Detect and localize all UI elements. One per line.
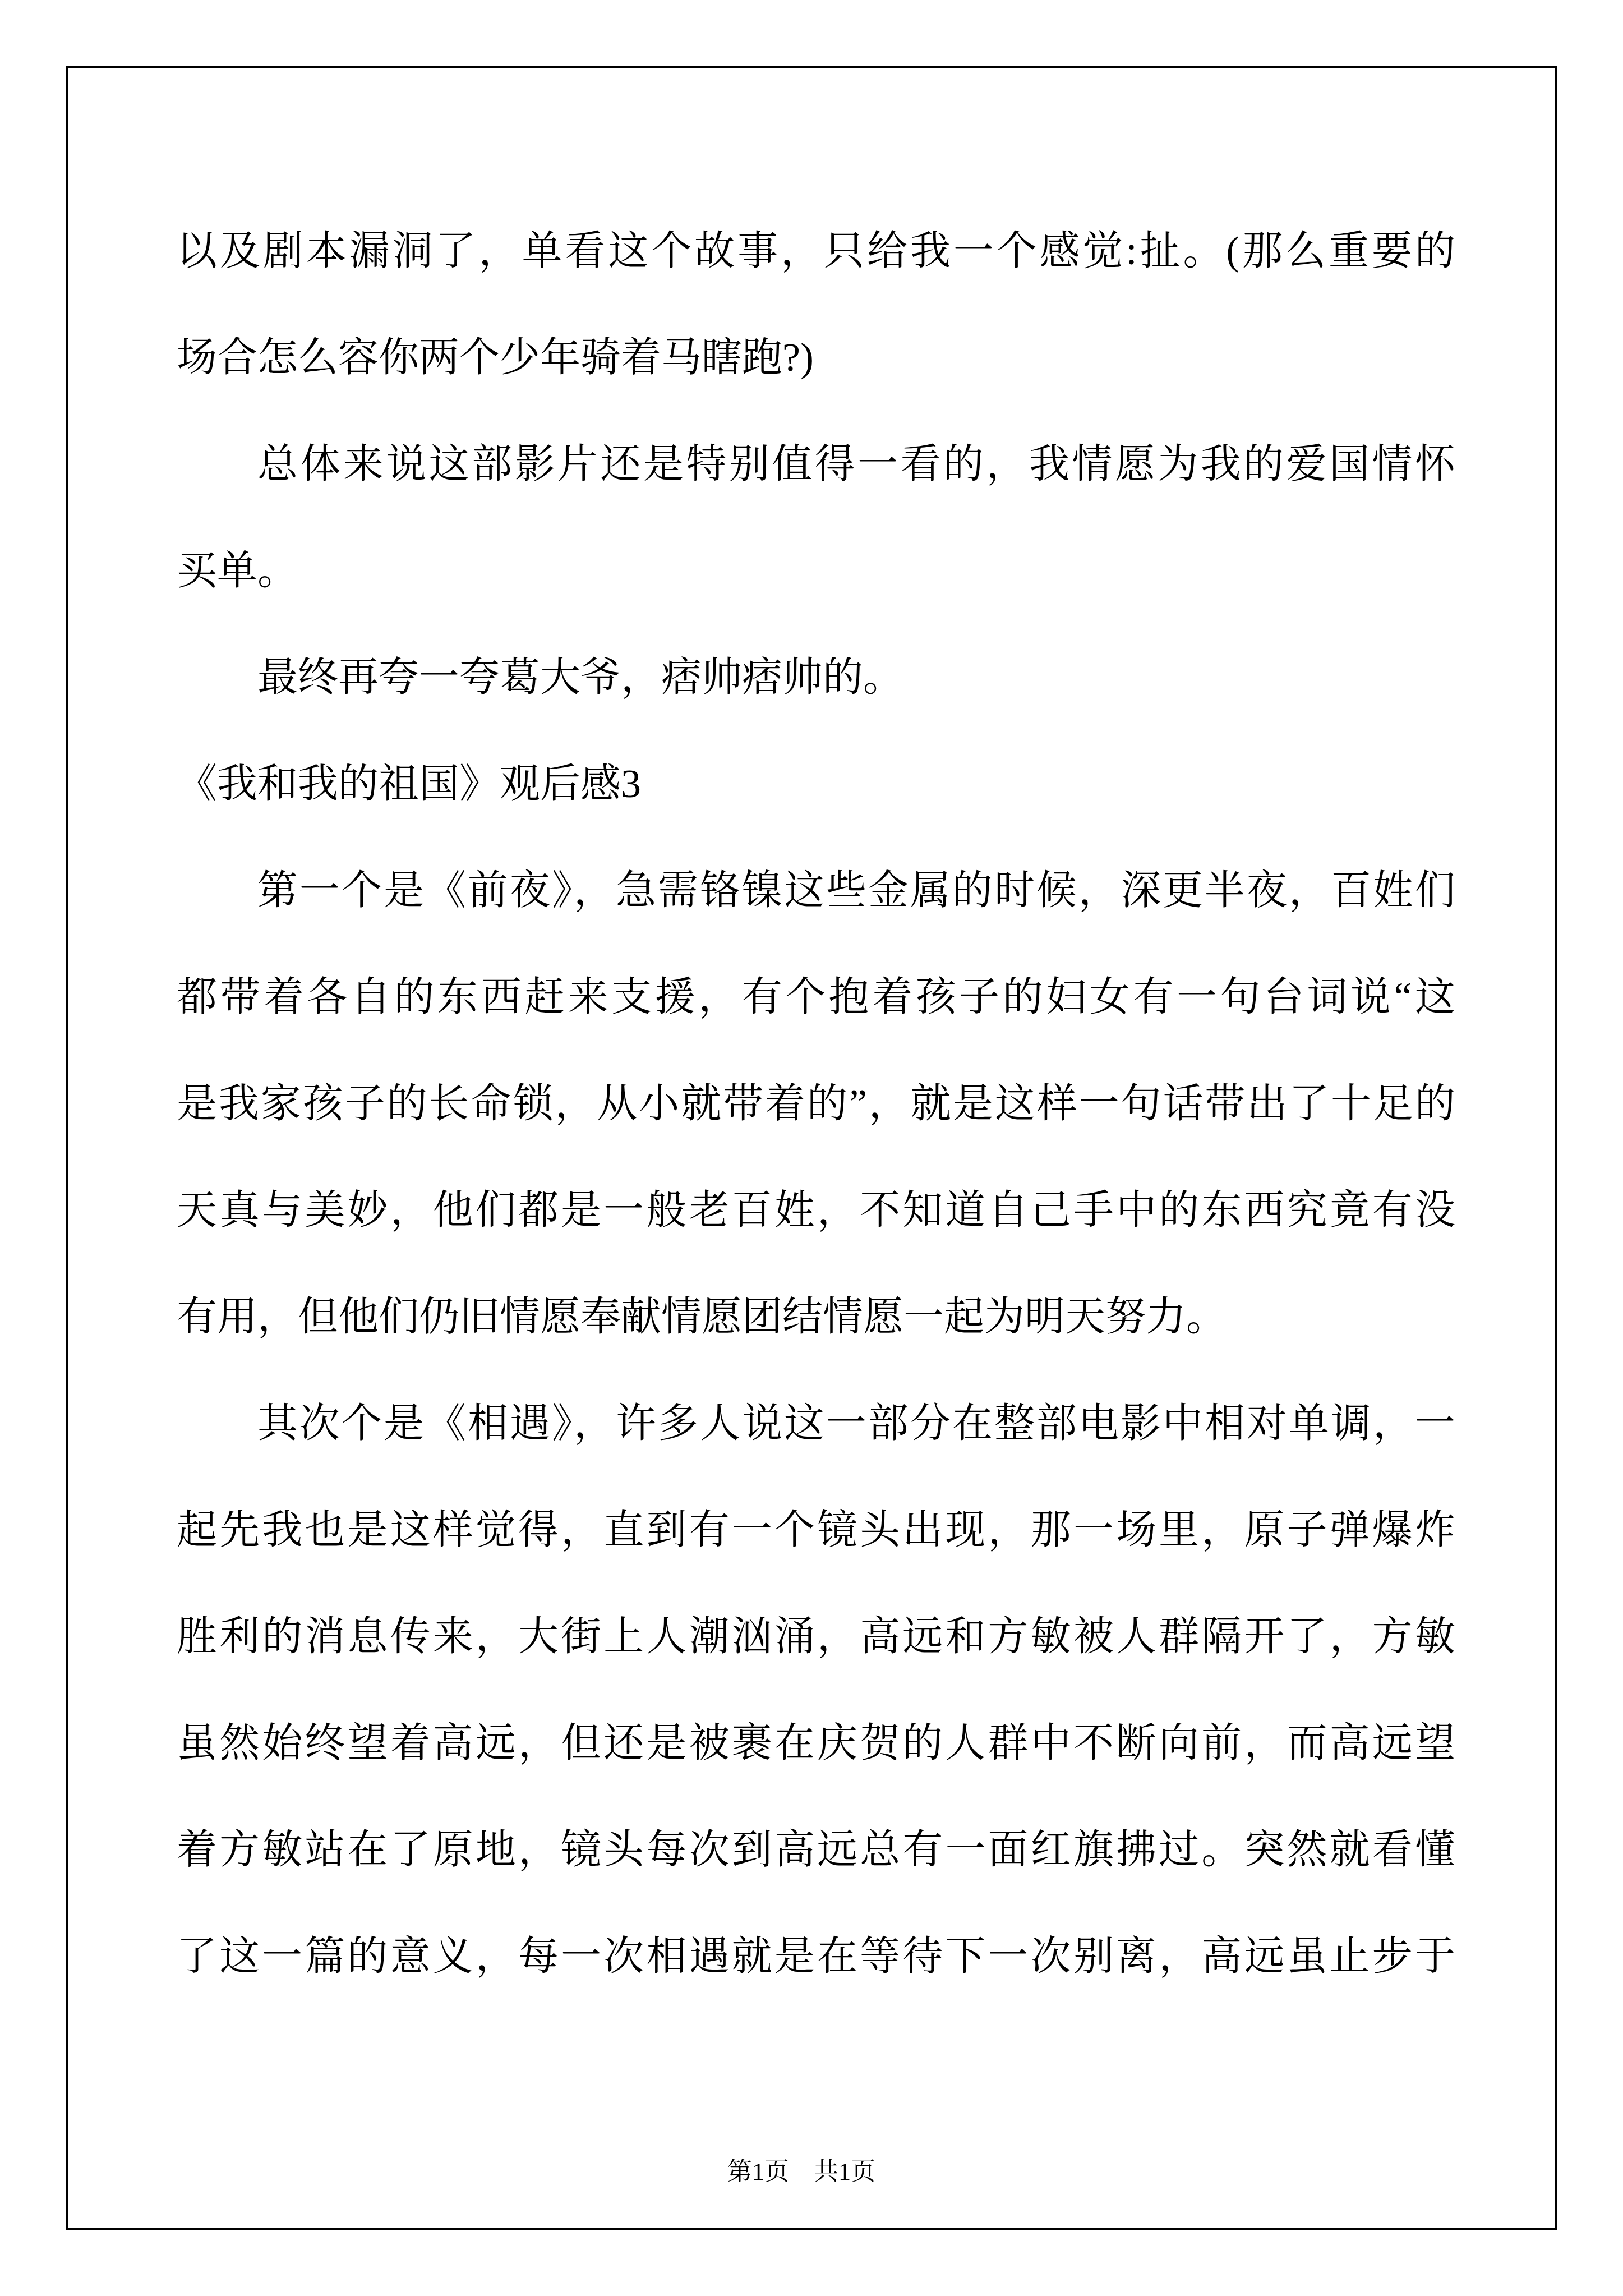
section-heading: 《我和我的祖国》观后感3 [177, 730, 1455, 837]
text-line: 是我家孩子的长命锁，从小就带着的”，就是这样一句话带出了十足的 [177, 1050, 1455, 1157]
text-line: 都带着各自的东西赶来支援，有个抱着孩子的妇女有一句台词说“这 [177, 944, 1455, 1050]
text-line: 最终再夸一夸葛大爷，痞帅痞帅的。 [177, 624, 1455, 730]
page-number: 第1页 共1页 [727, 2158, 875, 2185]
text-line: 起先我也是这样觉得，直到有一个镜头出现，那一场里，原子弹爆炸 [177, 1476, 1455, 1583]
text-line: 有用，但他们仍旧情愿奉献情愿团结情愿一起为明天努力。 [177, 1263, 1455, 1370]
text-line: 买单。 [177, 517, 1455, 624]
text-line: 场合怎么容你两个少年骑着马瞎跑?) [177, 304, 1455, 411]
text-line: 着方敏站在了原地，镜头每次到高远总有一面红旗拂过。突然就看懂 [177, 1796, 1455, 1903]
text-line: 虽然始终望着高远，但还是被裹在庆贺的人群中不断向前，而高远望 [177, 1690, 1455, 1796]
text-line: 胜利的消息传来，大街上人潮汹涌，高远和方敏被人群隔开了，方敏 [177, 1583, 1455, 1690]
page-footer: 第1页 共1页 [703, 2122, 875, 2223]
text-line: 了这一篇的意义，每一次相遇就是在等待下一次别离，高远虽止步于 [177, 1903, 1455, 2009]
text-line: 总体来说这部影片还是特别值得一看的，我情愿为我的爱国情怀 [177, 411, 1455, 517]
text-line: 以及剧本漏洞了，单看这个故事，只给我一个感觉:扯。(那么重要的 [177, 197, 1455, 304]
text-line: 天真与美妙，他们都是一般老百姓，不知道自己手中的东西究竟有没 [177, 1157, 1455, 1263]
text-line: 第一个是《前夜》，急需铬镍这些金属的时候，深更半夜，百姓们 [177, 837, 1455, 944]
document-body: 以及剧本漏洞了，单看这个故事，只给我一个感觉:扯。(那么重要的 场合怎么容你两个… [177, 197, 1455, 2009]
text-line: 其次个是《相遇》，许多人说这一部分在整部电影中相对单调，一 [177, 1370, 1455, 1476]
document-page: 以及剧本漏洞了，单看这个故事，只给我一个感觉:扯。(那么重要的 场合怎么容你两个… [0, 0, 1623, 2296]
